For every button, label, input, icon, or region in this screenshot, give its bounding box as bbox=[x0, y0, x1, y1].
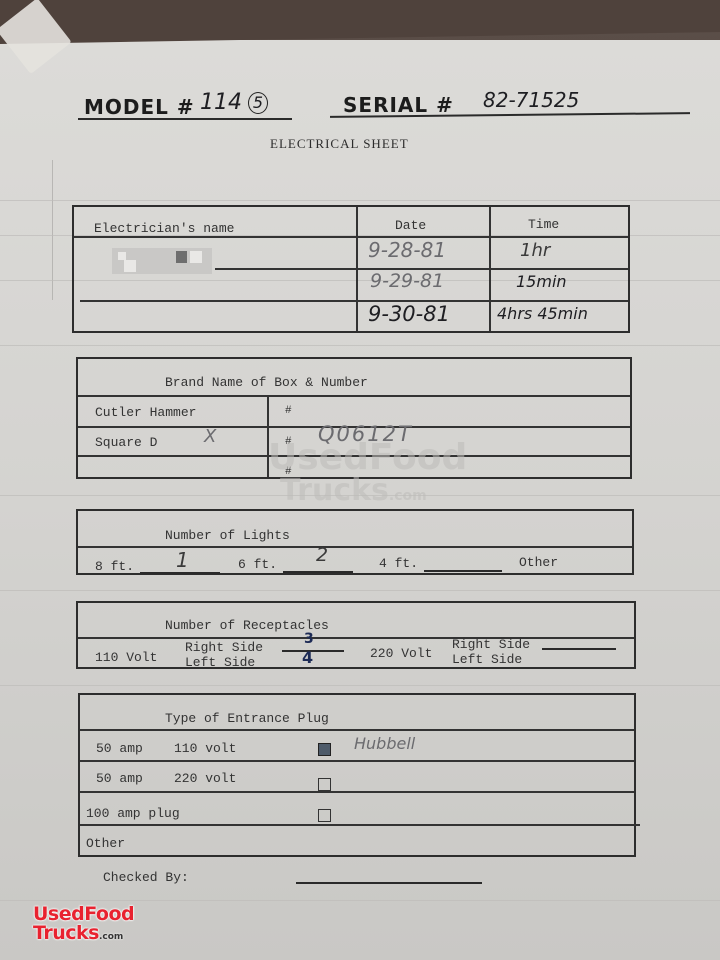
serial-value: 82-71525 bbox=[483, 88, 579, 112]
checked-by-line bbox=[296, 882, 482, 884]
lights-8ft-label: 8 ft. bbox=[95, 559, 134, 574]
lights-6ft-label: 6 ft. bbox=[238, 557, 277, 572]
serial-label: SERIAL # bbox=[343, 93, 454, 117]
section-divider bbox=[80, 729, 634, 731]
receptacles-110-right-label: Right Side bbox=[185, 640, 263, 655]
lights-6ft-line bbox=[283, 571, 353, 573]
ghost-rule bbox=[0, 200, 720, 201]
model-underline bbox=[78, 118, 292, 120]
lights-4ft-line bbox=[424, 570, 502, 572]
square-d-mark: X bbox=[204, 426, 216, 447]
row1-time: 1hr bbox=[520, 240, 550, 261]
watermark: UsedFood Trucks.com bbox=[268, 440, 467, 506]
plug-other-label: Other bbox=[86, 836, 125, 851]
section-divider bbox=[80, 791, 634, 793]
plug-option-2-volt: 220 volt bbox=[174, 771, 236, 786]
box-brand-heading: Brand Name of Box & Number bbox=[165, 375, 368, 390]
ghost-rule bbox=[0, 685, 720, 686]
receptacles-220-line bbox=[542, 648, 616, 650]
receptacles-110-left-value: 4 bbox=[302, 648, 313, 667]
plug-option-2-amp: 50 amp bbox=[96, 771, 143, 786]
receptacles-220-right-label: Right Side bbox=[452, 637, 530, 652]
lights-other-label: Other bbox=[519, 555, 558, 570]
lights-heading: Number of Lights bbox=[165, 528, 290, 543]
table-column-divider bbox=[356, 207, 358, 331]
ghost-rule bbox=[0, 900, 720, 901]
lights-6ft-value: 2 bbox=[316, 544, 328, 566]
brand-square-d: Square D bbox=[95, 435, 157, 450]
plug-option-1-checkbox[interactable] bbox=[318, 743, 331, 756]
section-divider bbox=[78, 546, 632, 548]
receptacles-110-right-value: 3 bbox=[304, 631, 314, 647]
row1-date: 9-28-81 bbox=[368, 238, 446, 262]
header-electrician-name: Electrician's name bbox=[94, 221, 234, 236]
receptacles-220-label: 220 Volt bbox=[370, 646, 432, 661]
table-column-divider bbox=[489, 207, 491, 331]
usedfoodtrucks-logo: UsedFood Trucks.com bbox=[33, 905, 134, 943]
row2-date: 9-29-81 bbox=[370, 270, 444, 292]
brand-cutler-hammer: Cutler Hammer bbox=[95, 405, 196, 420]
section-divider bbox=[78, 395, 630, 397]
receptacles-220-left-label: Left Side bbox=[452, 652, 522, 667]
ghost-margin-line bbox=[52, 160, 53, 300]
checked-by-label: Checked By: bbox=[103, 870, 189, 885]
table-divider bbox=[74, 236, 628, 238]
section-divider bbox=[78, 637, 634, 639]
row3-time: 4hrs 45min bbox=[497, 304, 588, 323]
entrance-plug-heading: Type of Entrance Plug bbox=[165, 711, 329, 726]
model-label: MODEL # bbox=[84, 95, 195, 119]
plug-option-3-label: 100 amp plug bbox=[86, 806, 180, 821]
row2-time: 15min bbox=[516, 272, 567, 291]
lights-4ft-label: 4 ft. bbox=[379, 556, 418, 571]
lights-8ft-value: 1 bbox=[176, 548, 189, 572]
receptacles-section bbox=[76, 601, 636, 669]
receptacles-110-left-label: Left Side bbox=[185, 655, 255, 670]
number-hash-1: # bbox=[285, 405, 292, 417]
table-divider bbox=[80, 300, 628, 302]
section-divider bbox=[80, 760, 634, 762]
section-divider bbox=[80, 824, 640, 826]
plug-option-1-amp: 50 amp bbox=[96, 741, 143, 756]
plug-option-2-checkbox[interactable] bbox=[318, 778, 331, 791]
receptacles-110-label: 110 Volt bbox=[95, 650, 157, 665]
row3-date: 9-30-81 bbox=[368, 302, 450, 326]
header-date: Date bbox=[395, 218, 426, 233]
ghost-rule bbox=[0, 345, 720, 346]
plug-option-1-volt: 110 volt bbox=[174, 741, 236, 756]
lights-8ft-line bbox=[140, 572, 220, 574]
sheet-title: ELECTRICAL SHEET bbox=[270, 136, 409, 152]
model-value: 114 bbox=[200, 90, 242, 115]
plug-option-1-note: Hubbell bbox=[354, 734, 415, 753]
header-time: Time bbox=[528, 217, 559, 232]
model-circled-value: 5 bbox=[248, 92, 268, 114]
plug-option-3-checkbox[interactable] bbox=[318, 809, 331, 822]
ghost-rule bbox=[0, 590, 720, 591]
entrance-plug-section bbox=[78, 693, 636, 857]
